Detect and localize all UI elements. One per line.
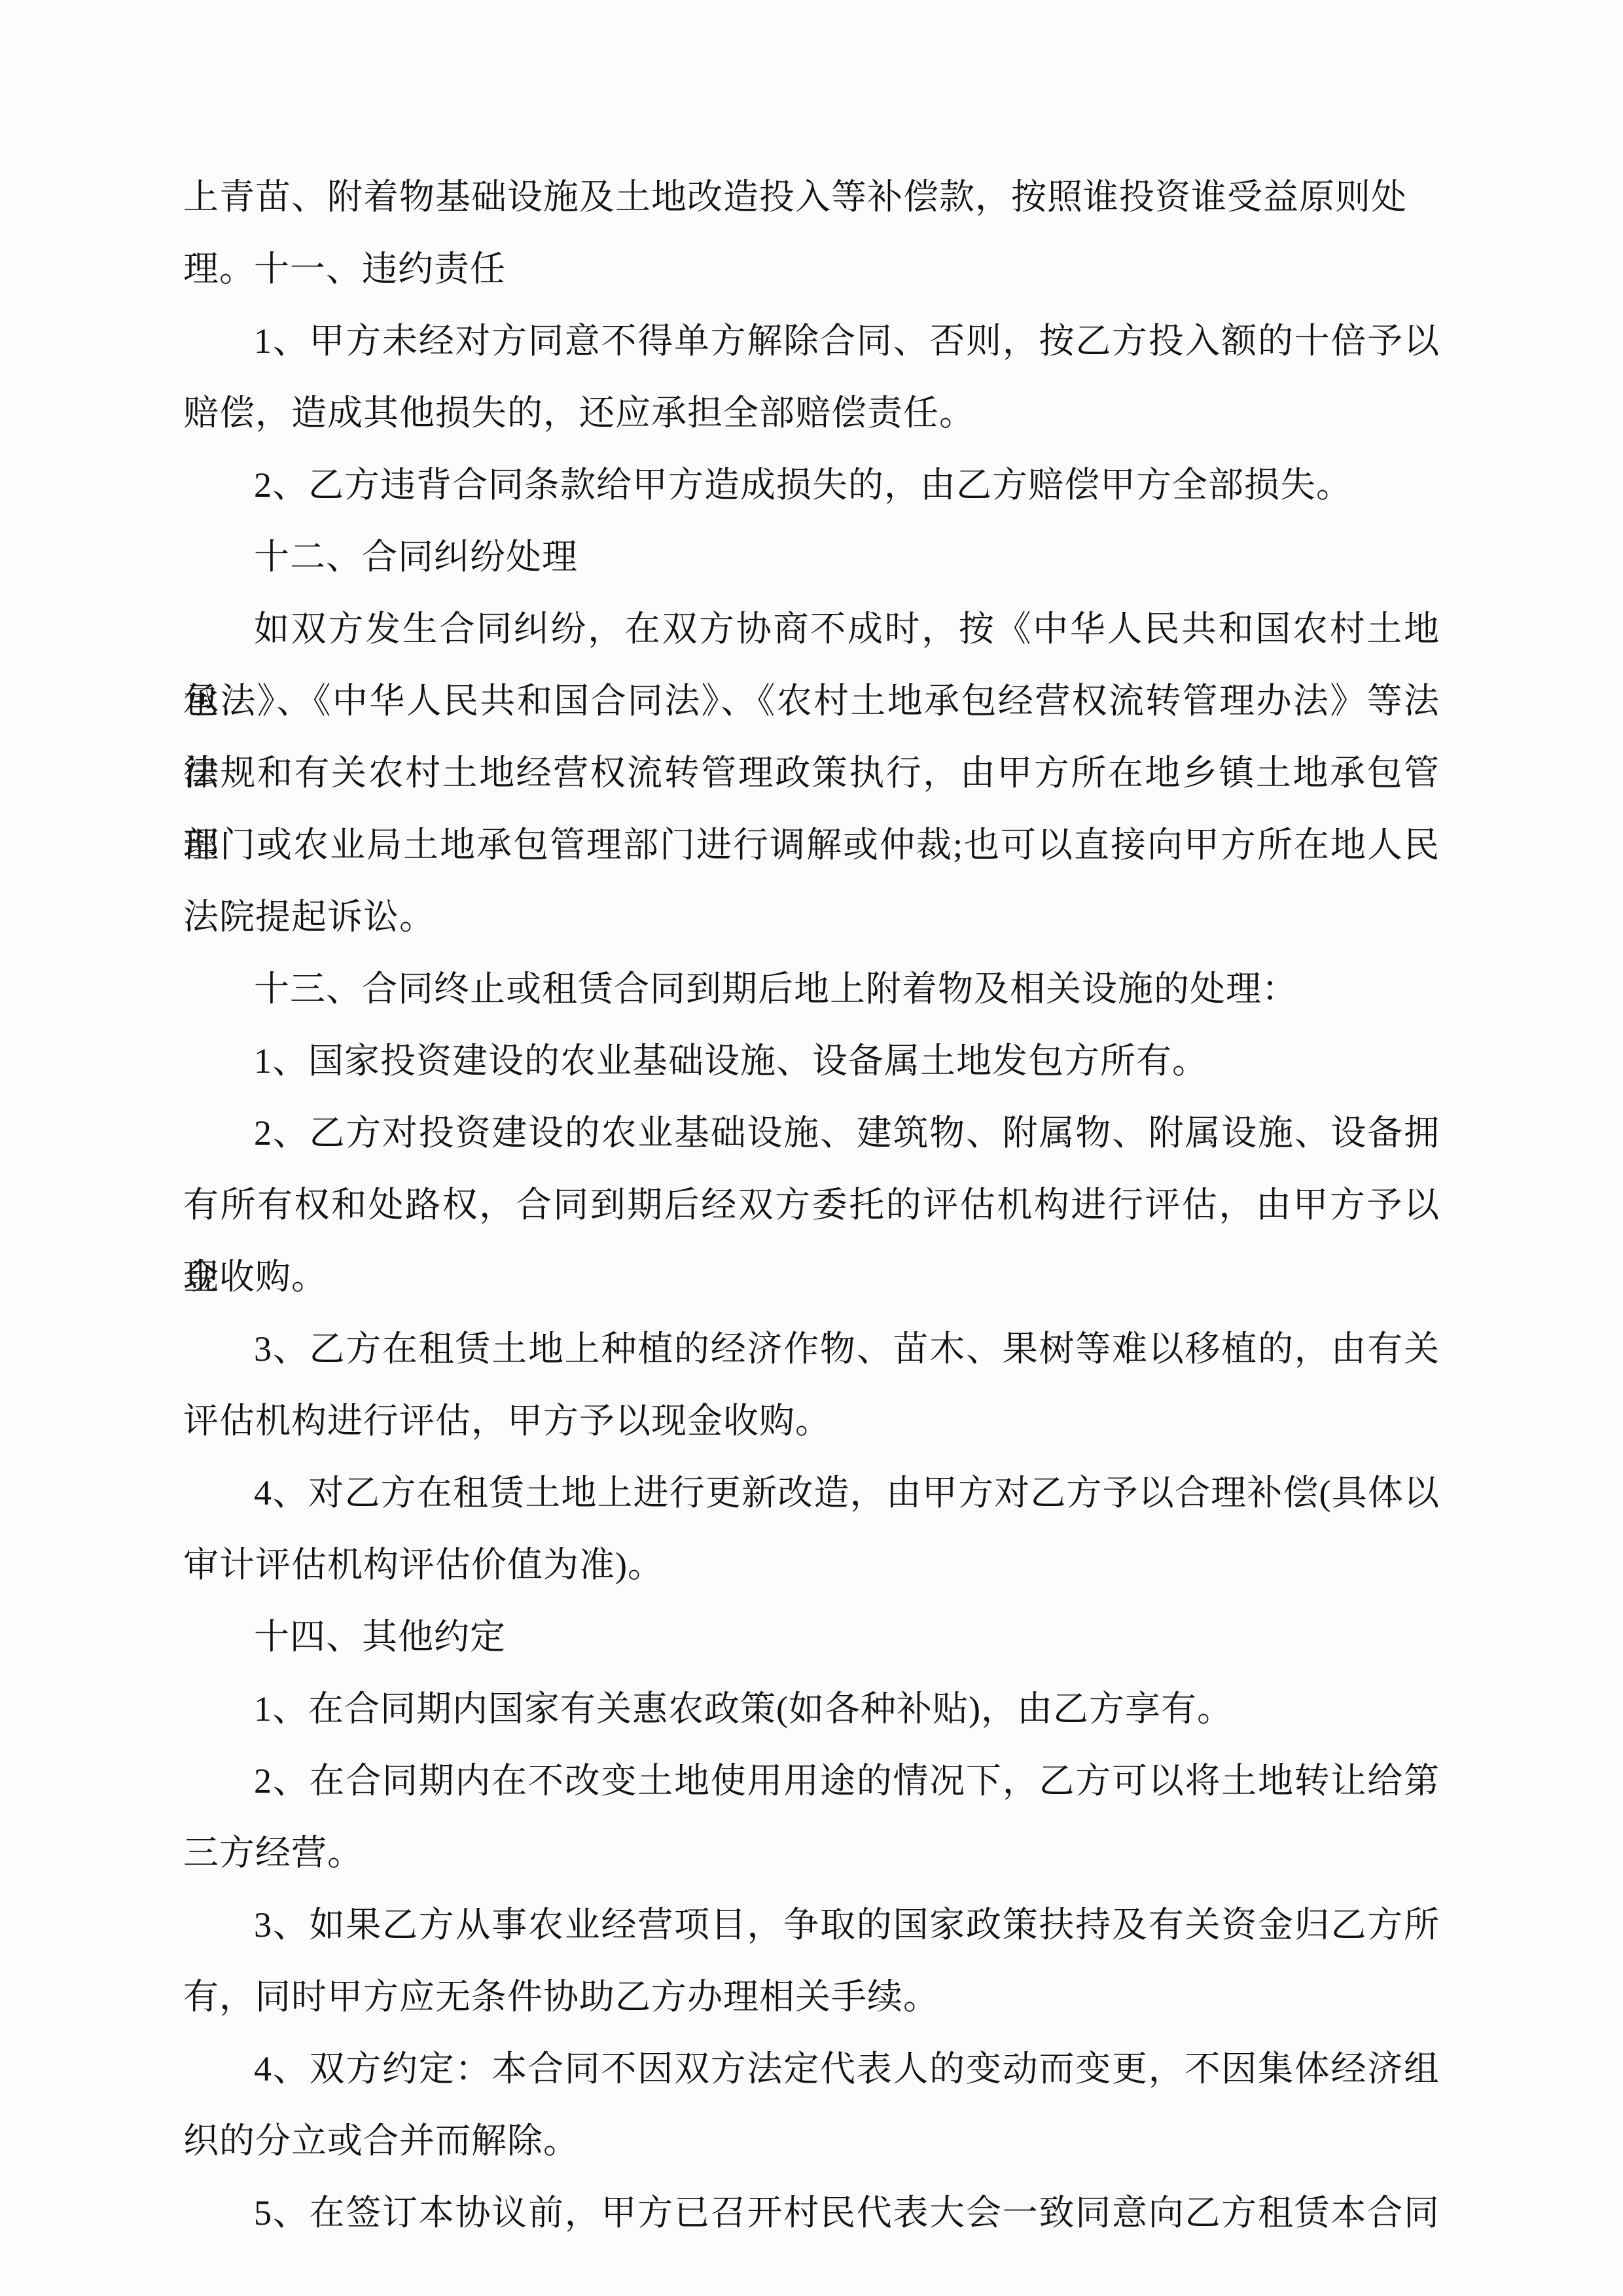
contract-line: 上青苗、附着物基础设施及土地改造投入等补偿款，按照谁投资谁受益原则处理。 — [183, 161, 1440, 233]
contract-line: 审计评估机构评估价值为准)。 — [183, 1529, 1440, 1601]
document-body: 上青苗、附着物基础设施及土地改造投入等补偿款，按照谁投资谁受益原则处理。十一、违… — [183, 161, 1440, 2249]
contract-line: 十二、合同纠纷处理 — [183, 521, 1440, 593]
contract-line: 1、国家投资建设的农业基础设施、设备属土地发包方所有。 — [183, 1025, 1440, 1097]
contract-line: 如双方发生合同纠纷，在双方协商不成时，按《中华人民共和国农村土地承 — [183, 593, 1440, 665]
contract-line: 十四、其他约定 — [183, 1601, 1440, 1673]
contract-line: 包法》、《中华人民共和国合同法》、《农村土地承包经营权流转管理办法》等法律 — [183, 665, 1440, 737]
contract-line: 3、如果乙方从事农业经营项目，争取的国家政策扶持及有关资金归乙方所 — [183, 1889, 1440, 1961]
contract-line: 法规和有关农村土地经营权流转管理政策执行，由甲方所在地乡镇土地承包管理 — [183, 737, 1440, 809]
contract-line: 金收购。 — [183, 1241, 1440, 1313]
contract-line: 1、在合同期内国家有关惠农政策(如各种补贴)，由乙方享有。 — [183, 1673, 1440, 1745]
contract-line: 十三、合同终止或租赁合同到期后地上附着物及相关设施的处理： — [183, 953, 1440, 1025]
contract-line: 3、乙方在租赁土地上种植的经济作物、苗木、果树等难以移植的，由有关 — [183, 1313, 1440, 1385]
contract-line: 织的分立或合并而解除。 — [183, 2105, 1440, 2177]
contract-line: 2、乙方对投资建设的农业基础设施、建筑物、附属物、附属设施、设备拥 — [183, 1097, 1440, 1169]
contract-line: 法院提起诉讼。 — [183, 881, 1440, 953]
contract-line: 有所有权和处路权，合同到期后经双方委托的评估机构进行评估，由甲方予以现 — [183, 1169, 1440, 1241]
contract-line: 三方经营。 — [183, 1817, 1440, 1889]
contract-line: 部门或农业局土地承包管理部门进行调解或仲裁;也可以直接向甲方所在地人民 — [183, 809, 1440, 881]
contract-line: 4、对乙方在租赁土地上进行更新改造，由甲方对乙方予以合理补偿(具体以 — [183, 1457, 1440, 1529]
contract-line: 1、甲方未经对方同意不得单方解除合同、否则，按乙方投入额的十倍予以 — [183, 305, 1440, 377]
contract-line: 十一、违约责任 — [183, 233, 1440, 305]
contract-line: 2、在合同期内在不改变土地使用用途的情况下，乙方可以将土地转让给第 — [183, 1745, 1440, 1817]
contract-line: 赔偿，造成其他损失的，还应承担全部赔偿责任。 — [183, 377, 1440, 449]
contract-line: 有，同时甲方应无条件协助乙方办理相关手续。 — [183, 1961, 1440, 2033]
contract-page: 上青苗、附着物基础设施及土地改造投入等补偿款，按照谁投资谁受益原则处理。十一、违… — [0, 0, 1623, 2296]
contract-line: 4、双方约定：本合同不因双方法定代表人的变动而变更，不因集体经济组 — [183, 2033, 1440, 2105]
contract-line: 5、在签订本协议前，甲方已召开村民代表大会一致同意向乙方租赁本合同 — [183, 2177, 1440, 2249]
contract-line: 2、乙方违背合同条款给甲方造成损失的，由乙方赔偿甲方全部损失。 — [183, 449, 1440, 521]
contract-line: 评估机构进行评估，甲方予以现金收购。 — [183, 1385, 1440, 1457]
